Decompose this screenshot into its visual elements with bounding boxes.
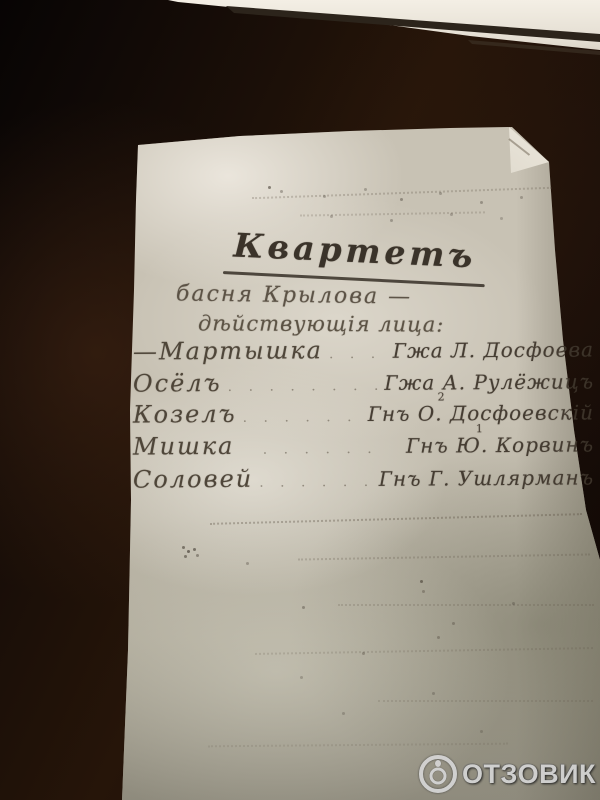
cast-performer: Гжа Л. Досфоева bbox=[393, 337, 594, 362]
cast-role: Мишка bbox=[133, 432, 235, 461]
watermark-site-name: ОТЗОВИК bbox=[462, 759, 596, 790]
cast-heading: дѣйствующія лица: bbox=[198, 311, 445, 336]
cast-role: Козелъ bbox=[133, 400, 237, 429]
dotted-leader: . . . . . . . . bbox=[323, 346, 393, 362]
cast-row-nightingale: Соловей . . . . . . Гнъ Г. Ушлярманъ bbox=[133, 462, 594, 493]
ink-bleed-line bbox=[338, 604, 594, 606]
ink-specks bbox=[268, 186, 271, 189]
cast-performer: Гнъ Г. Ушлярманъ bbox=[379, 465, 594, 491]
cast-row-goat: Козелъ . . . . . . . 2Гнъ О. Досфоевскій bbox=[133, 397, 594, 428]
cast-performer: 1Гнъ Ю. Корвинъ bbox=[406, 432, 594, 457]
performer-note: 1 bbox=[476, 422, 484, 435]
otzovik-watermark: ОТЗОВИК bbox=[419, 755, 596, 793]
performer-name: Гжа Л. Досфоева bbox=[393, 337, 594, 362]
performer-name: Гнъ Г. Ушлярманъ bbox=[379, 465, 594, 491]
performer-name: Гжа А. Рулёжицъ bbox=[384, 369, 594, 394]
cast-role: Осёлъ bbox=[133, 369, 222, 398]
cast-row-monkey: —Мартышка . . . . . . . . Гжа Л. Досфоев… bbox=[133, 334, 594, 365]
dotted-leader: . . . . . . bbox=[234, 441, 406, 458]
ink-bleed-line bbox=[378, 700, 593, 702]
power-button-ring bbox=[430, 768, 447, 785]
cast-performer: Гжа А. Рулёжицъ bbox=[384, 369, 594, 394]
document-subtitle: басня Крылова — bbox=[176, 281, 412, 309]
cast-role: Соловей bbox=[133, 465, 253, 494]
performer-name: Гнъ Ю. Корвинъ bbox=[406, 432, 594, 457]
cast-row-donkey: Осёлъ . . . . . . . . . Гжа А. Рулёжицъ bbox=[133, 366, 594, 397]
power-button-dot bbox=[435, 760, 441, 767]
cast-row-bear: Мишка . . . . . . 1Гнъ Ю. Корвинъ bbox=[133, 429, 594, 460]
photo-of-handwritten-playbill: Квартетъ басня Крылова — дѣйствующія лиц… bbox=[0, 0, 600, 800]
dotted-leader: . . . . . . . bbox=[237, 409, 368, 426]
power-button-icon bbox=[419, 755, 457, 793]
cast-role: —Мартышка bbox=[133, 336, 323, 365]
dotted-leader: . . . . . . . . . bbox=[222, 378, 385, 395]
performer-note: 2 bbox=[438, 390, 446, 403]
ink-specks bbox=[182, 546, 185, 549]
dotted-leader: . . . . . . bbox=[253, 474, 379, 491]
ink-specks bbox=[420, 580, 423, 583]
